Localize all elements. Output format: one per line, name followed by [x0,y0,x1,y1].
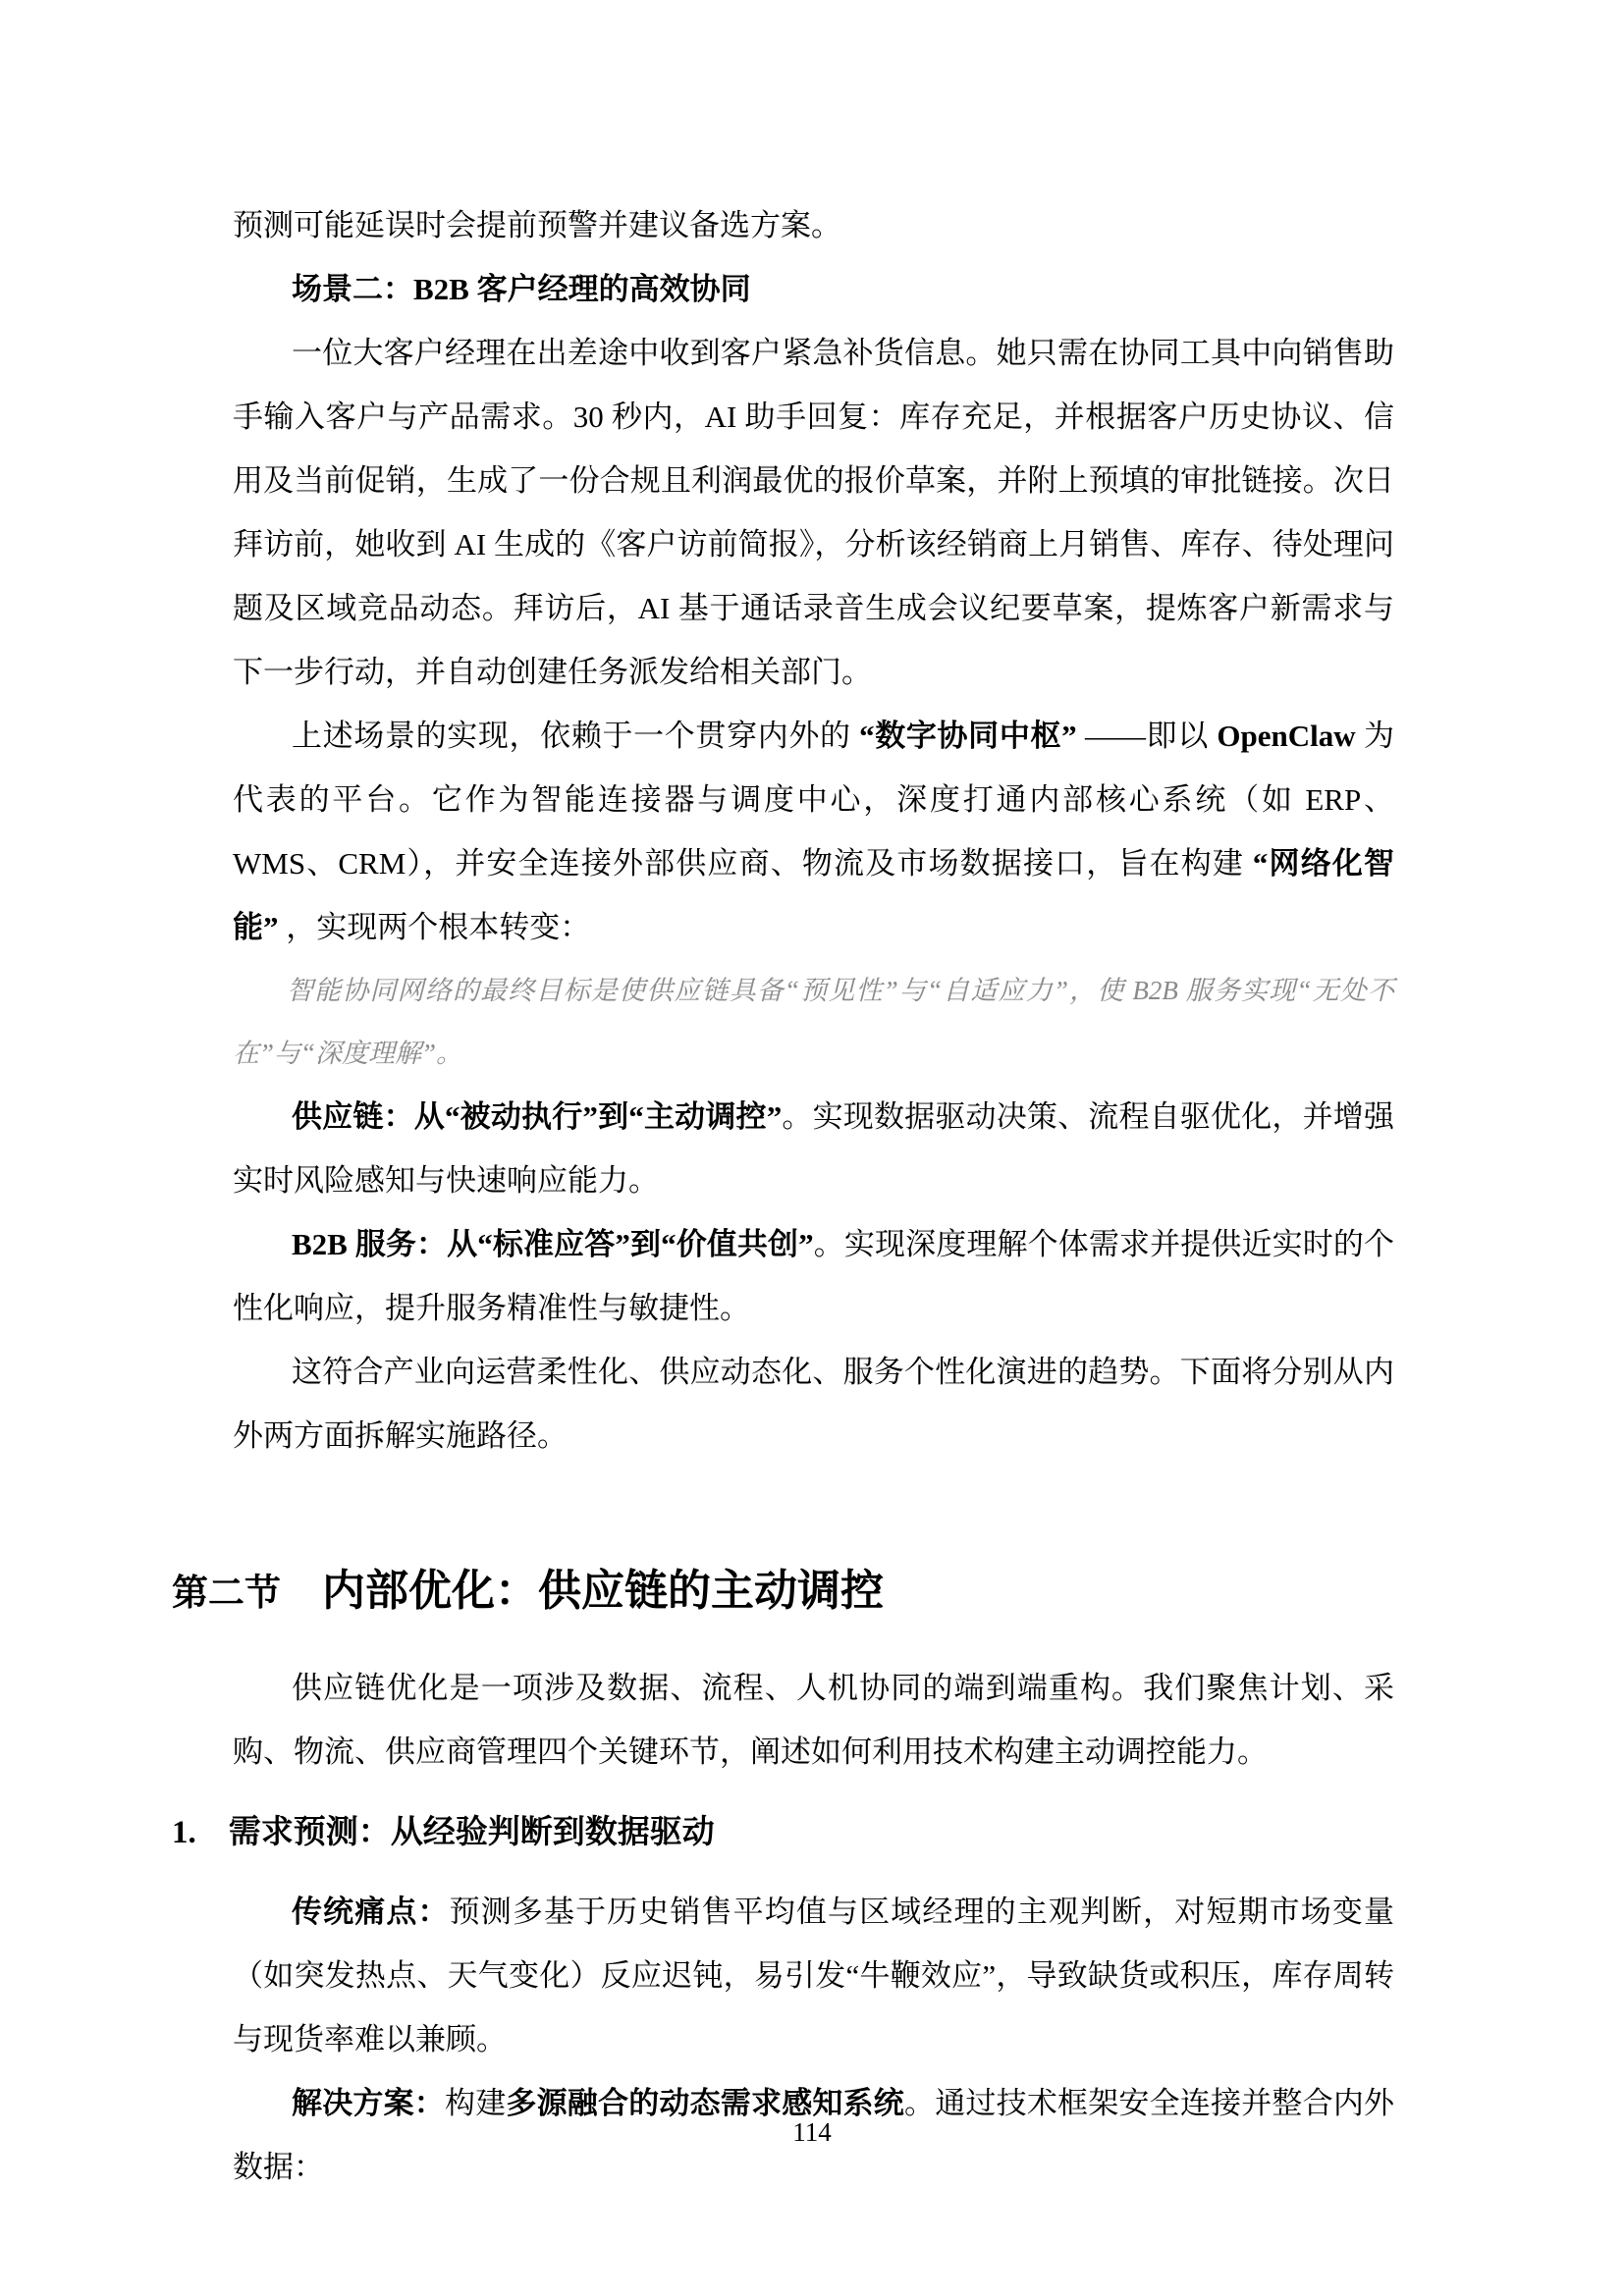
text-run: 一位大客户经理在出差途中收到客户紧急补货信息。她只需在协同工具中向销售助手输入客… [233,336,1394,689]
text-run: 第二节 [172,1574,281,1614]
section-heading: 第二节内部优化：供应链的主动调控 [172,1563,1394,1623]
text-run: 供应链：从“被动执行”到“主动调控” [292,1099,782,1134]
scene-heading: 场景二：B2B 客户经理的高效协同 [233,257,1394,321]
text-run: ——即以 [1077,719,1218,753]
paragraph: 供应链优化是一项涉及数据、流程、人机协同的端到端重构。我们聚焦计划、采购、物流、… [233,1656,1394,1784]
text-run: 1. [172,1815,196,1850]
text-run: B2B 服务：从“标准应答”到“价值共创” [292,1227,814,1261]
text-run: 内部优化：供应链的主动调控 [322,1567,884,1615]
text-run: 需求预测：从经验判断到数据驱动 [229,1815,715,1850]
text-run: 场景二：B2B 客户经理的高效协同 [292,272,751,306]
document-body: 预测可能延误时会提前预警并建议备选方案。场景二：B2B 客户经理的高效协同一位大… [172,193,1394,2199]
paragraph: 一位大客户经理在出差途中收到客户紧急补货信息。她只需在协同工具中向销售助手输入客… [233,321,1394,704]
text-run: ，实现两个根本转变： [279,910,591,944]
document-page: 预测可能延误时会提前预警并建议备选方案。场景二：B2B 客户经理的高效协同一位大… [0,0,1624,2296]
text-run: 智能协同网络的最终目标是使供应链具备“预见性”与“自适应力”，使 B2B 服务实… [233,976,1394,1068]
text-run: 供应链优化是一项涉及数据、流程、人机协同的端到端重构。我们聚焦计划、采购、物流、… [233,1671,1394,1769]
quote-paragraph: 智能协同网络的最终目标是使供应链具备“预见性”与“自适应力”，使 B2B 服务实… [233,959,1394,1085]
text-run: 这符合产业向运营柔性化、供应动态化、服务个性化演进的趋势。下面将分别从内外两方面… [233,1355,1394,1453]
paragraph: 这符合产业向运营柔性化、供应动态化、服务个性化演进的趋势。下面将分别从内外两方面… [233,1340,1394,1468]
subsection-heading: 1.需求预测：从经验判断到数据驱动 [172,1811,1394,1854]
text-run: 上述场景的实现，依赖于一个贯穿内外的 [292,719,859,753]
paragraph: 供应链：从“被动执行”到“主动调控”。实现数据驱动决策、流程自驱优化，并增强实时… [233,1085,1394,1212]
paragraph-continuation: 预测可能延误时会提前预警并建议备选方案。 [233,193,1394,257]
text-run: 预测可能延误时会提前预警并建议备选方案。 [233,208,841,242]
paragraph: 上述场景的实现，依赖于一个贯穿内外的 “数字协同中枢” ——即以 OpenCla… [233,704,1394,959]
paragraph: B2B 服务：从“标准应答”到“价值共创”。实现深度理解个体需求并提供近实时的个… [233,1212,1394,1340]
text-run: OpenClaw [1217,719,1355,753]
text-run: 传统痛点： [292,1895,450,1929]
paragraph: 传统痛点：预测多基于历史销售平均值与区域经理的主观判断，对短期市场变量（如突发热… [233,1880,1394,2071]
text-run: “数字协同中枢” [859,719,1077,753]
page-number: 114 [0,2115,1624,2149]
